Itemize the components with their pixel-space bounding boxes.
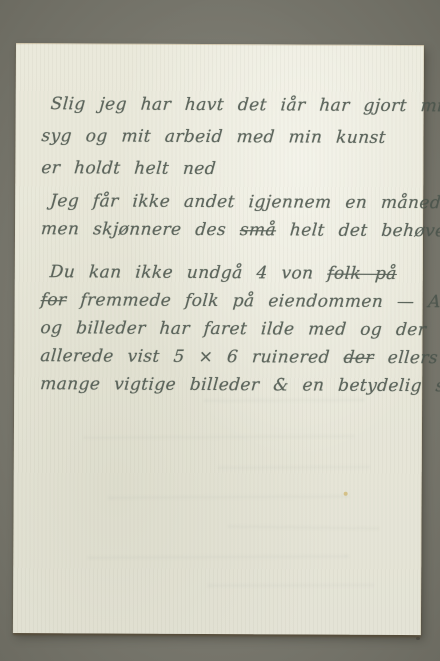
verso-showthrough-mark bbox=[109, 495, 349, 504]
paper-fleck bbox=[344, 492, 348, 496]
handwritten-text: allerede vist 5 × 6 ruinered bbox=[40, 346, 345, 368]
handwritten-text: syg og mit arbeid med min kunst bbox=[41, 126, 387, 148]
handwritten-line: syg og mit arbeid med min kunst bbox=[40, 120, 404, 154]
handwritten-line: Du kan ikke undgå 4 von folk på bbox=[49, 258, 404, 288]
paragraph: Slig jeg har havt det iår har gjort migs… bbox=[41, 88, 403, 186]
struck-through-text: folk på bbox=[327, 264, 398, 284]
dust-speck bbox=[416, 637, 420, 640]
handwritten-text: Jeg får ikke andet igjennem en månedlig bbox=[49, 191, 440, 213]
paragraph: Du kan ikke undgå 4 von folk påfor fremm… bbox=[40, 258, 403, 400]
handwritten-line: men skjønnere des små helt det behøver m… bbox=[40, 215, 404, 245]
verso-showthrough-mark bbox=[228, 525, 378, 535]
verso-showthrough-mark bbox=[88, 555, 348, 564]
verso-showthrough-mark bbox=[219, 466, 369, 475]
paragraph: Jeg får ikke andet igjennem en månedligm… bbox=[41, 187, 403, 245]
struck-through-text: for bbox=[40, 290, 67, 310]
handwriting-block: Slig jeg har havt det iår har gjort migs… bbox=[40, 88, 404, 400]
verso-showthrough-mark bbox=[84, 435, 354, 444]
handwritten-line: og billeder har faret ilde med og der er bbox=[39, 314, 403, 344]
verso-showthrough-mark bbox=[204, 399, 364, 408]
handwritten-text: ellers bbox=[373, 348, 439, 368]
handwritten-text: men skjønnere des bbox=[40, 219, 240, 240]
handwritten-text: er holdt helt ned bbox=[41, 158, 217, 179]
handwritten-line: for fremmede folk på eiendommen — Atelie… bbox=[40, 286, 404, 316]
verso-showthrough-mark bbox=[208, 584, 373, 592]
handwritten-text: helt det behøver mig – bbox=[275, 220, 440, 241]
handwritten-line: mange vigtige billeder & en betydelig su… bbox=[39, 370, 403, 400]
handwritten-text: og billeder har faret ilde med og der er bbox=[40, 318, 440, 340]
handwritten-line: allerede vist 5 × 6 ruinered der ellers bbox=[39, 342, 403, 372]
handwritten-text: Du kan ikke undgå 4 von bbox=[49, 262, 328, 283]
manuscript-page: Slig jeg har havt det iår har gjort migs… bbox=[13, 43, 424, 635]
struck-through-text: små bbox=[239, 220, 277, 240]
handwritten-text: fremmede folk på eiendommen — Atelier bbox=[66, 290, 440, 312]
handwritten-text: mange vigtige billeder & en betydelig su… bbox=[39, 374, 440, 396]
handwritten-line: Jeg får ikke andet igjennem en månedlig bbox=[49, 187, 404, 217]
handwritten-line: er holdt helt ned bbox=[40, 152, 404, 186]
struck-through-text: der bbox=[343, 348, 375, 368]
handwritten-text: Slig jeg har havt det iår har gjort mig bbox=[50, 94, 440, 116]
handwritten-line: Slig jeg har havt det iår har gjort mig bbox=[49, 88, 404, 122]
